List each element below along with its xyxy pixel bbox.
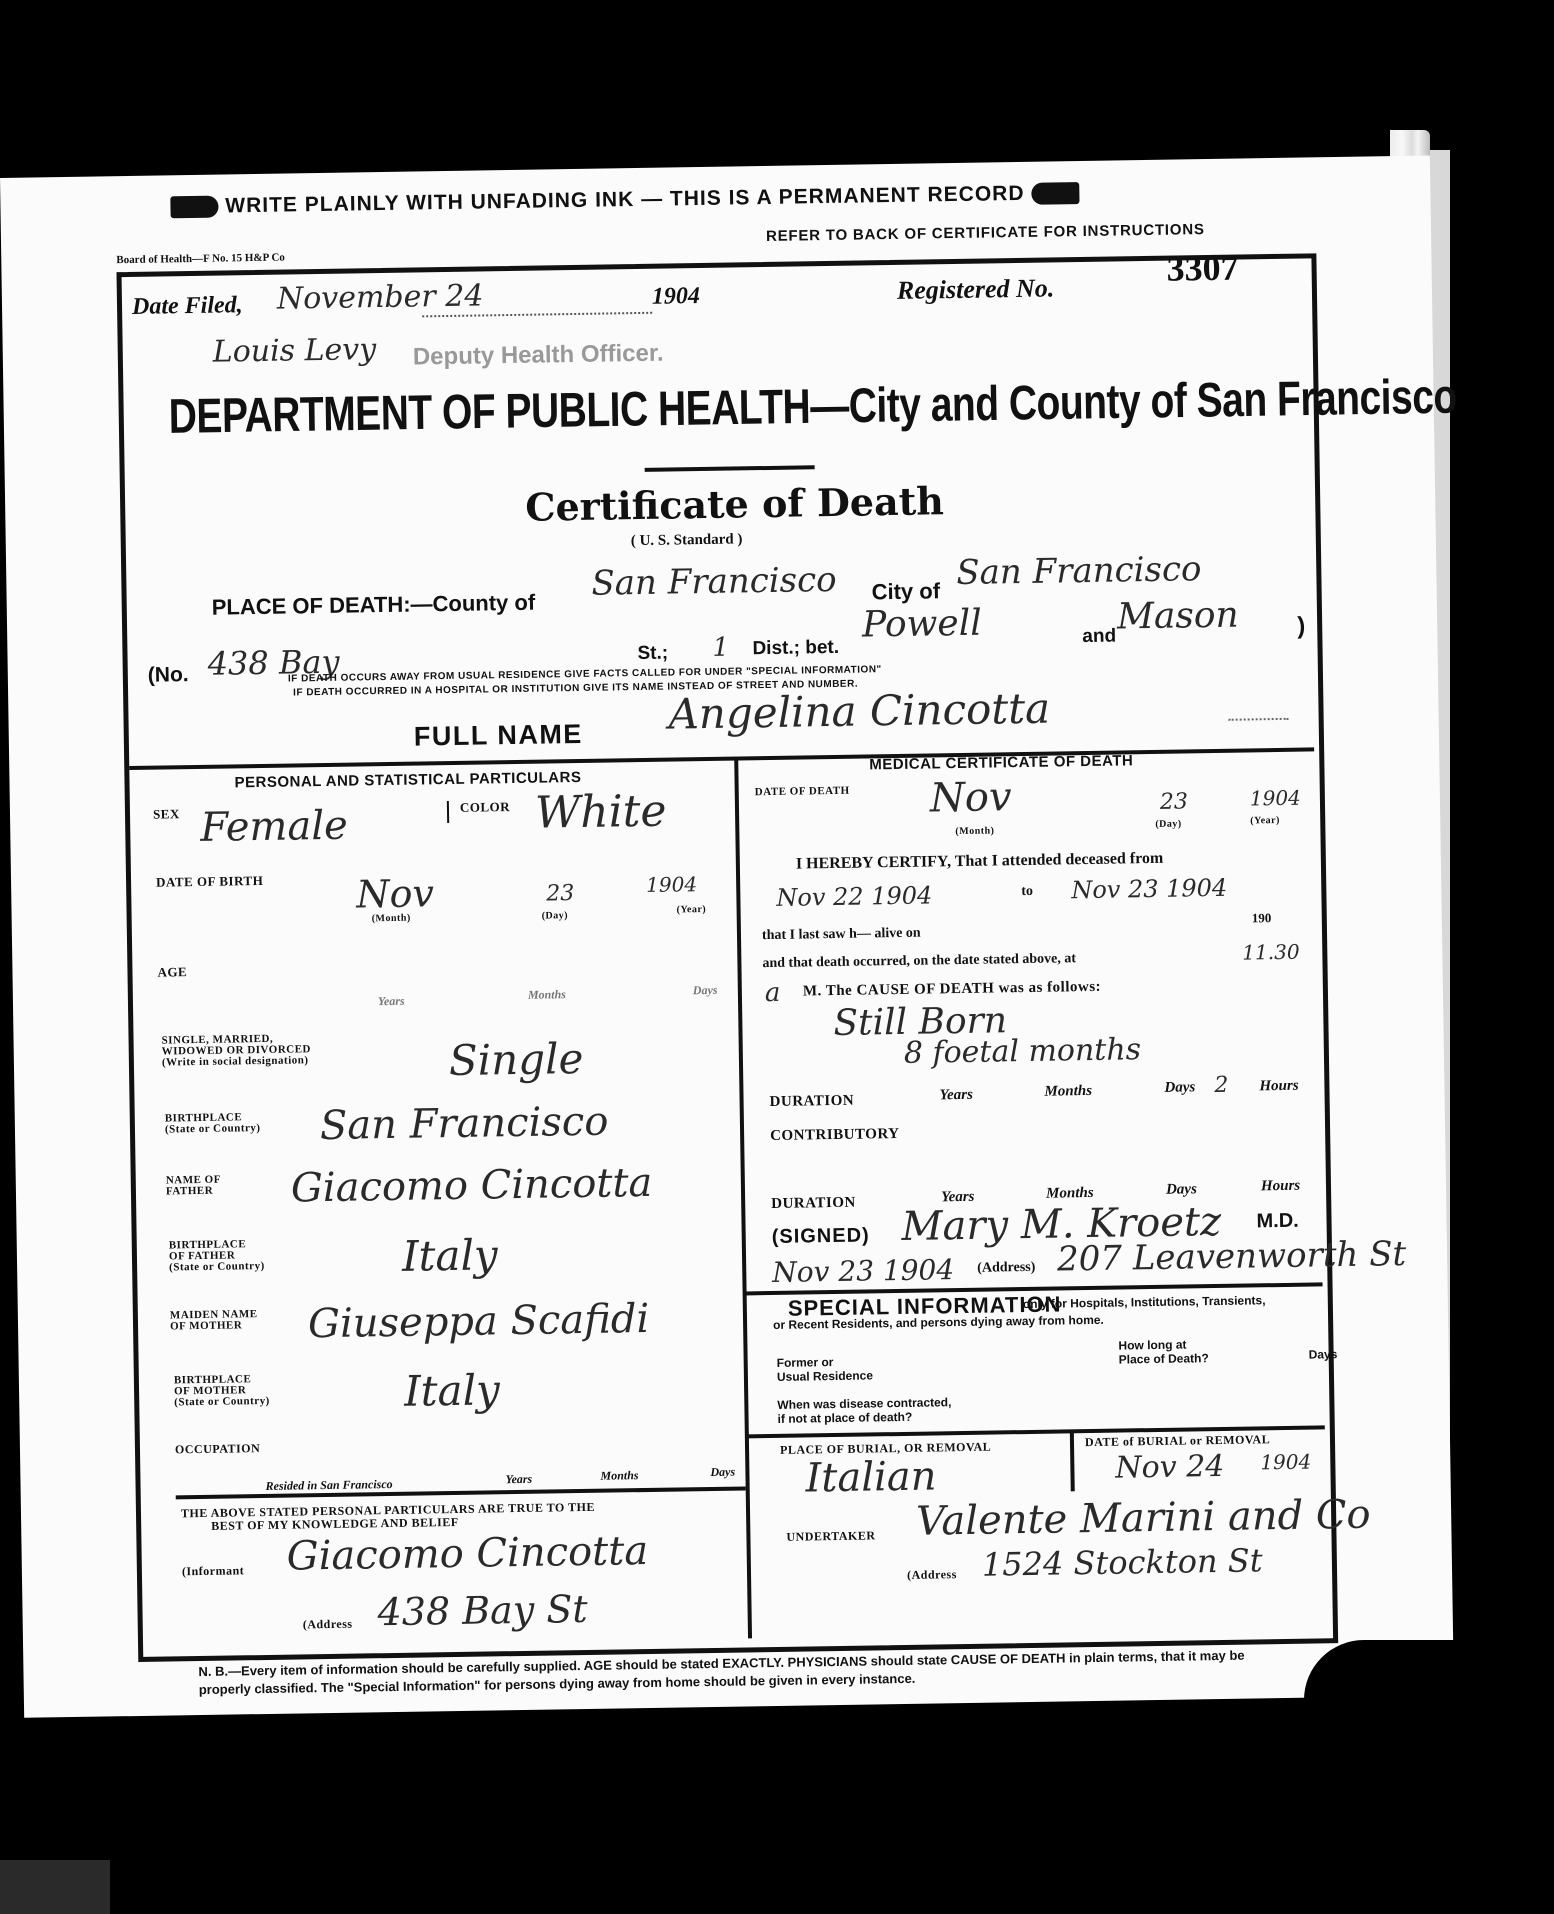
birthplace-label-line: (State or Country)	[165, 1123, 261, 1135]
father-bp-label-line: (State or Country)	[169, 1261, 265, 1273]
street-no-label: (No.	[148, 663, 189, 688]
informant-label: (Informant	[182, 1564, 245, 1578]
dob-label: DATE OF BIRTH	[156, 874, 263, 889]
former-residence-label: Former or Usual Residence	[777, 1354, 873, 1384]
birthplace-value: San Francisco	[320, 1099, 609, 1150]
dist-bet-label: Dist.; bet.	[752, 637, 839, 660]
informant-address-label: (Address	[303, 1618, 353, 1632]
former-label-line: Usual Residence	[777, 1368, 873, 1384]
and-label: and	[1082, 626, 1116, 649]
sex-color-divider	[447, 801, 449, 823]
certificate-page: WRITE PLAINLY WITH UNFADING INK — THIS I…	[0, 156, 1454, 1718]
burial-year: 1904	[1260, 1450, 1311, 1475]
pointing-hand-icon	[170, 196, 218, 219]
officer-signature: Louis Levy	[212, 332, 376, 370]
date-filed-label: Date Filed,	[132, 292, 243, 321]
county-value: San Francisco	[591, 560, 837, 604]
informant-address: 438 Bay St	[377, 1587, 588, 1634]
color-value: White	[535, 786, 667, 839]
dob-month: Nov	[356, 871, 434, 916]
contracted-label-line: if not at place of death?	[777, 1409, 951, 1426]
form-id: Board of Health—F No. 15 H&P Co	[116, 252, 285, 267]
attended-to: Nov 23 1904	[1071, 874, 1227, 904]
background-smudge	[0, 1860, 110, 1914]
occupation-label: OCCUPATION	[175, 1442, 260, 1456]
signed-date: Nov 23 1904	[772, 1253, 954, 1289]
registered-number: 3307	[1166, 247, 1239, 290]
birthplace-label: BIRTHPLACE (State or Country)	[165, 1112, 261, 1135]
burial-place-value: Italian	[805, 1453, 937, 1501]
dob-day: 23	[546, 881, 574, 906]
father-birthplace-label: BIRTHPLACE OF FATHER (State or Country)	[169, 1239, 265, 1273]
mother-birthplace-label: BIRTHPLACE OF MOTHER (State or Country)	[174, 1374, 270, 1408]
duration2-hours: Hours	[1261, 1178, 1300, 1196]
city-label: City of	[871, 578, 940, 605]
duration-days: Days	[1164, 1079, 1195, 1096]
sex-label: SEX	[153, 807, 180, 820]
duration-years: Years	[939, 1087, 973, 1105]
mother-name-value: Giuseppa Scafidi	[308, 1296, 650, 1347]
certificate-title: Certificate of Death	[525, 478, 944, 530]
mother-birthplace-value: Italy	[404, 1365, 500, 1415]
dob-year-caption: (Year)	[676, 903, 706, 916]
date-filed-year: 1904	[652, 283, 700, 311]
undertaker-value: Valente Marini and Co	[916, 1492, 1371, 1545]
duration-days-value: 2	[1214, 1073, 1228, 1098]
age-days-label: Days	[693, 983, 718, 998]
duration2-days: Days	[1166, 1181, 1197, 1198]
full-name-value: Angelina Cincotta	[668, 684, 1050, 739]
marital-value: Single	[449, 1034, 584, 1085]
close-paren: )	[1297, 613, 1305, 641]
how-long-days: Days	[1309, 1347, 1338, 1361]
place-of-death-label: PLACE OF DEATH:—County of	[212, 590, 536, 621]
father-name-value: Giacomo Cincotta	[291, 1160, 653, 1212]
duration-label: DURATION	[769, 1093, 854, 1111]
officer-title: Deputy Health Officer.	[413, 340, 664, 372]
duration2-months: Months	[1046, 1185, 1094, 1203]
resided-months-label: Months	[600, 1468, 638, 1484]
contracted-label-line: When was disease contracted,	[777, 1395, 951, 1412]
date-of-death-label: DATE OF DEATH	[755, 785, 850, 799]
registered-label: Registered No.	[897, 273, 1055, 305]
signed-label: (SIGNED)	[772, 1224, 870, 1249]
between-street-2: Mason	[1117, 595, 1239, 638]
undertaker-address-label: (Address	[907, 1568, 957, 1582]
death-year: 1904	[1250, 786, 1301, 811]
marital-label-line: (Write in social designation)	[162, 1055, 311, 1068]
informant-name: Giacomo Cincotta	[286, 1528, 648, 1580]
father-label-line: FATHER	[166, 1186, 221, 1198]
warning-text: WRITE PLAINLY WITH UNFADING INK — THIS I…	[225, 182, 1025, 218]
how-long-label-line: How long at	[1118, 1337, 1208, 1352]
death-day-caption: (Day)	[1155, 818, 1182, 831]
between-street-1: Powell	[862, 603, 982, 646]
city-value: San Francisco	[956, 549, 1202, 593]
age-label: AGE	[157, 965, 187, 978]
duration-hours: Hours	[1259, 1078, 1298, 1096]
refer-instructions: REFER TO BACK OF CERTIFICATE FOR INSTRUC…	[766, 221, 1205, 245]
last-saw-year: 190	[1252, 910, 1272, 926]
duration-months: Months	[1044, 1083, 1092, 1101]
physician-address-label: (Address)	[977, 1260, 1035, 1277]
mother-label-line: OF MOTHER	[170, 1320, 258, 1332]
cause-secondary: 8 foetal months	[904, 1032, 1142, 1071]
date-filed-value: November 24	[277, 278, 484, 316]
physician-address: 207 Leavenworth St	[1057, 1234, 1407, 1279]
duration2-label: DURATION	[771, 1195, 856, 1213]
dob-month-caption: (Month)	[372, 912, 411, 926]
st-label: St.;	[637, 643, 668, 665]
resided-years-label: Years	[505, 1472, 532, 1487]
father-name-label: NAME OF FATHER	[166, 1175, 221, 1198]
district-value: 1	[712, 633, 729, 663]
contracted-label: When was disease contracted, if not at p…	[777, 1395, 951, 1426]
how-long-label: How long at Place of Death?	[1118, 1337, 1208, 1366]
age-months-label: Months	[528, 987, 566, 1003]
time-of-death: 11.30	[1242, 940, 1300, 965]
undertaker-label: UNDERTAKER	[786, 1529, 875, 1543]
father-birthplace-value: Italy	[402, 1230, 498, 1280]
death-year-caption: (Year)	[1250, 814, 1280, 827]
full-name-label: FULL NAME	[414, 719, 583, 753]
warning-banner: WRITE PLAINLY WITH UNFADING INK — THIS I…	[170, 181, 1079, 219]
death-month-caption: (Month)	[955, 824, 994, 838]
marital-label: SINGLE, MARRIED, WIDOWED OR DIVORCED (Wr…	[161, 1033, 311, 1068]
death-month: Nov	[929, 774, 1011, 821]
dob-day-caption: (Day)	[542, 909, 569, 922]
color-label: COLOR	[460, 800, 510, 814]
burial-date: Nov 24	[1115, 1449, 1225, 1486]
sex-value: Female	[200, 803, 348, 851]
contributory-label: CONTRIBUTORY	[770, 1126, 900, 1145]
death-day: 23	[1160, 789, 1188, 814]
certificate-subtitle: ( U. S. Standard )	[631, 531, 743, 550]
last-saw-text: that I last saw h— alive on	[762, 926, 921, 944]
how-long-label-line: Place of Death?	[1119, 1351, 1209, 1366]
former-label-line: Former or	[777, 1354, 873, 1370]
dob-year: 1904	[646, 872, 697, 897]
mother-name-label: MAIDEN NAME OF MOTHER	[170, 1309, 258, 1332]
am-pm: a	[765, 978, 781, 1008]
attended-from: Nov 22 1904	[776, 881, 932, 911]
md-label: M.D.	[1256, 1210, 1299, 1234]
mother-bp-label-line: (State or Country)	[174, 1396, 270, 1408]
age-years-label: Years	[378, 994, 405, 1009]
pointing-hand-icon	[1031, 183, 1079, 206]
undertaker-address: 1524 Stockton St	[982, 1541, 1263, 1583]
to-label: to	[1021, 884, 1033, 900]
background-shadow	[1304, 1640, 1554, 1790]
resided-days-label: Days	[710, 1465, 735, 1480]
